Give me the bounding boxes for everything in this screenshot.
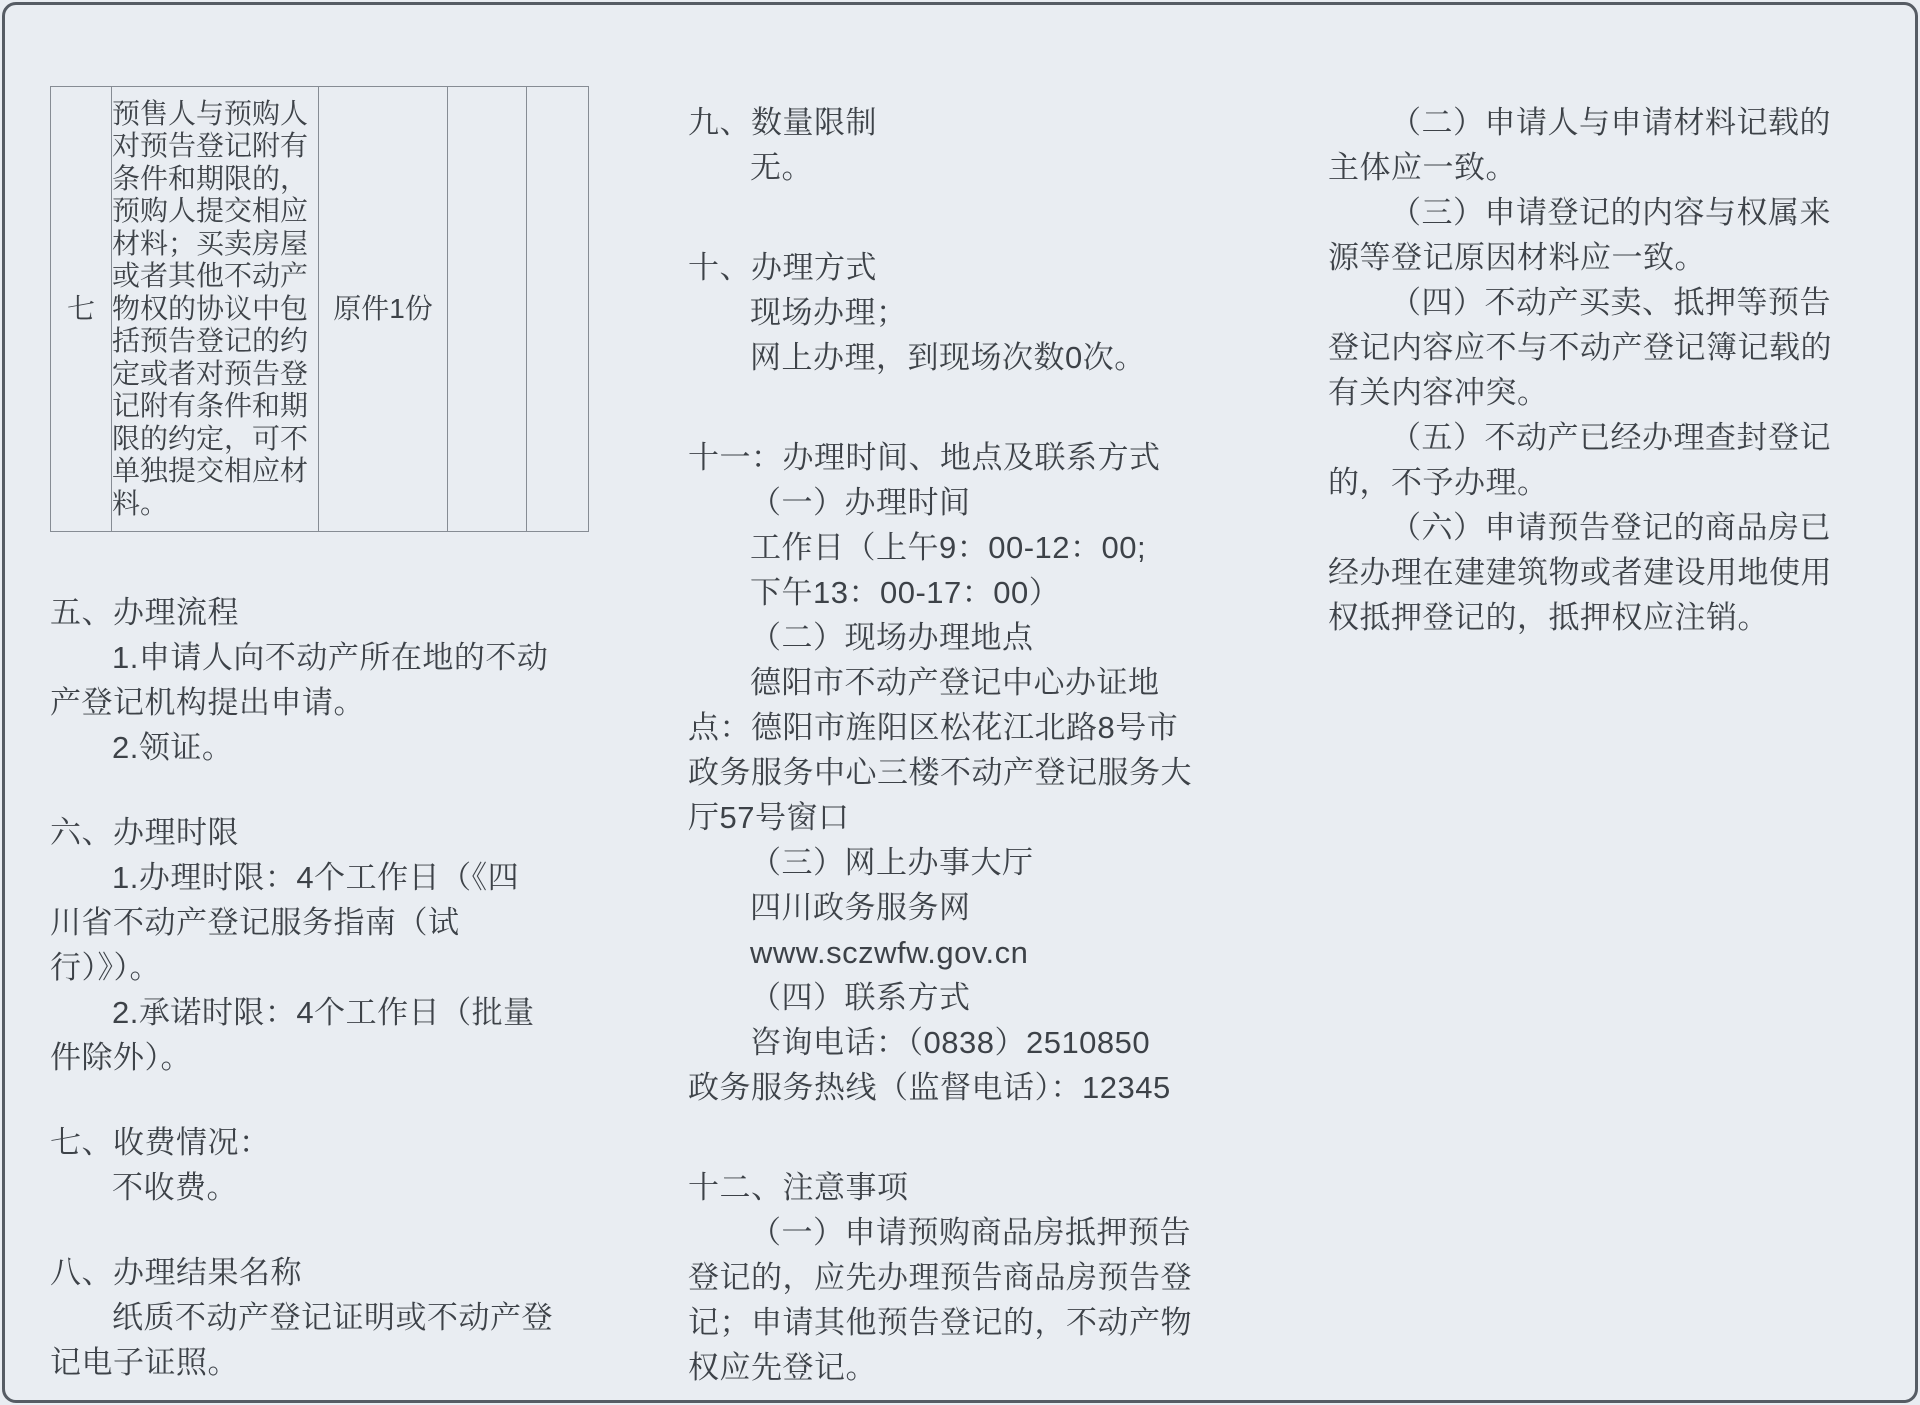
section-5-title: 五、办理流程 — [50, 590, 598, 635]
section-11-sub-3: （三）网上办事大厅 — [688, 840, 1288, 885]
section-11-hotline: 政务服务热线（监督电话）：12345 — [688, 1065, 1288, 1110]
section-11-sub-4: （四）联系方式 — [688, 975, 1288, 1020]
section-9-title: 九、数量限制 — [688, 100, 1288, 145]
note-6: （六）申请预告登记的商品房已 经办理在建建筑物或者建设用地使用 权抵押登记的，抵… — [1328, 505, 1916, 640]
right-column: （二）申请人与申请材料记载的 主体应一致。 （三）申请登记的内容与权属来 源等登… — [1328, 100, 1916, 640]
cell-copies: 原件1份 — [319, 87, 448, 532]
cell-row-number: 七 — [51, 87, 112, 532]
note-3: （三）申请登记的内容与权属来 源等登记原因材料应一致。 — [1328, 190, 1916, 280]
section-12-note-1: （一）申请预购商品房抵押预告 登记的，应先办理预告商品房预告登 记；申请其他预告… — [688, 1210, 1288, 1390]
section-5-step-2: 2.领证。 — [50, 725, 598, 770]
section-9-body: 无。 — [688, 145, 1288, 190]
cell-material-requirement: 预售人与预购人 对预告登记附有 条件和期限的， 预购人提交相应 材料；买卖房屋 … — [112, 87, 319, 532]
note-2: （二）申请人与申请材料记载的 主体应一致。 — [1328, 100, 1916, 190]
section-8-title: 八、办理结果名称 — [50, 1250, 598, 1295]
section-11-phone: 咨询电话：（0838）2510850 — [688, 1020, 1288, 1065]
section-6-item-2: 2.承诺时限：4个工作日（批量 件除外）。 — [50, 990, 598, 1080]
section-10-item-2: 网上办理，到现场次数0次。 — [688, 335, 1288, 380]
section-11-hours-line-1: 工作日（上午9：00-12：00; — [688, 525, 1288, 570]
section-7-title: 七、收费情况： — [50, 1120, 598, 1165]
table-row: 七 预售人与预购人 对预告登记附有 条件和期限的， 预购人提交相应 材料；买卖房… — [51, 87, 589, 532]
left-column: 七 预售人与预购人 对预告登记附有 条件和期限的， 预购人提交相应 材料；买卖房… — [50, 86, 598, 1385]
section-6-item-1: 1.办理时限：4个工作日（《四 川省不动产登记服务指南（试 行）》）。 — [50, 855, 598, 990]
section-11-address: 德阳市不动产登记中心办证地 点：德阳市旌阳区松花江北路8号市 政务服务中心三楼不… — [688, 660, 1288, 840]
middle-column: 九、数量限制 无。 十、办理方式 现场办理； 网上办理，到现场次数0次。 十一：… — [688, 100, 1288, 1390]
section-8-body: 纸质不动产登记证明或不动产登 记电子证照。 — [50, 1295, 598, 1385]
note-4: （四）不动产买卖、抵押等预告 登记内容应不与不动产登记簿记载的 有关内容冲突。 — [1328, 280, 1916, 415]
section-7-body: 不收费。 — [50, 1165, 598, 1210]
section-12-title: 十二、注意事项 — [688, 1165, 1288, 1210]
section-6-title: 六、办理时限 — [50, 810, 598, 855]
section-5-step-1: 1.申请人向不动产所在地的不动 产登记机构提出申请。 — [50, 635, 598, 725]
section-10-title: 十、办理方式 — [688, 245, 1288, 290]
materials-table: 七 预售人与预购人 对预告登记附有 条件和期限的， 预购人提交相应 材料；买卖房… — [50, 86, 589, 532]
section-11-title: 十一：办理时间、地点及联系方式 — [688, 435, 1288, 480]
section-11-sub-1: （一）办理时间 — [688, 480, 1288, 525]
cell-empty-2 — [527, 87, 589, 532]
section-11-sub-2: （二）现场办理地点 — [688, 615, 1288, 660]
section-10-item-1: 现场办理； — [688, 290, 1288, 335]
document-page: 七 预售人与预购人 对预告登记附有 条件和期限的， 预购人提交相应 材料；买卖房… — [0, 0, 1920, 1405]
section-11-hours-line-2: 下午13：00-17：00） — [688, 570, 1288, 615]
cell-empty-1 — [448, 87, 527, 532]
section-11-portal-name: 四川政务服务网 — [688, 885, 1288, 930]
note-5: （五）不动产已经办理查封登记 的，不予办理。 — [1328, 415, 1916, 505]
section-11-portal-url: www.sczwfw.gov.cn — [688, 930, 1288, 975]
